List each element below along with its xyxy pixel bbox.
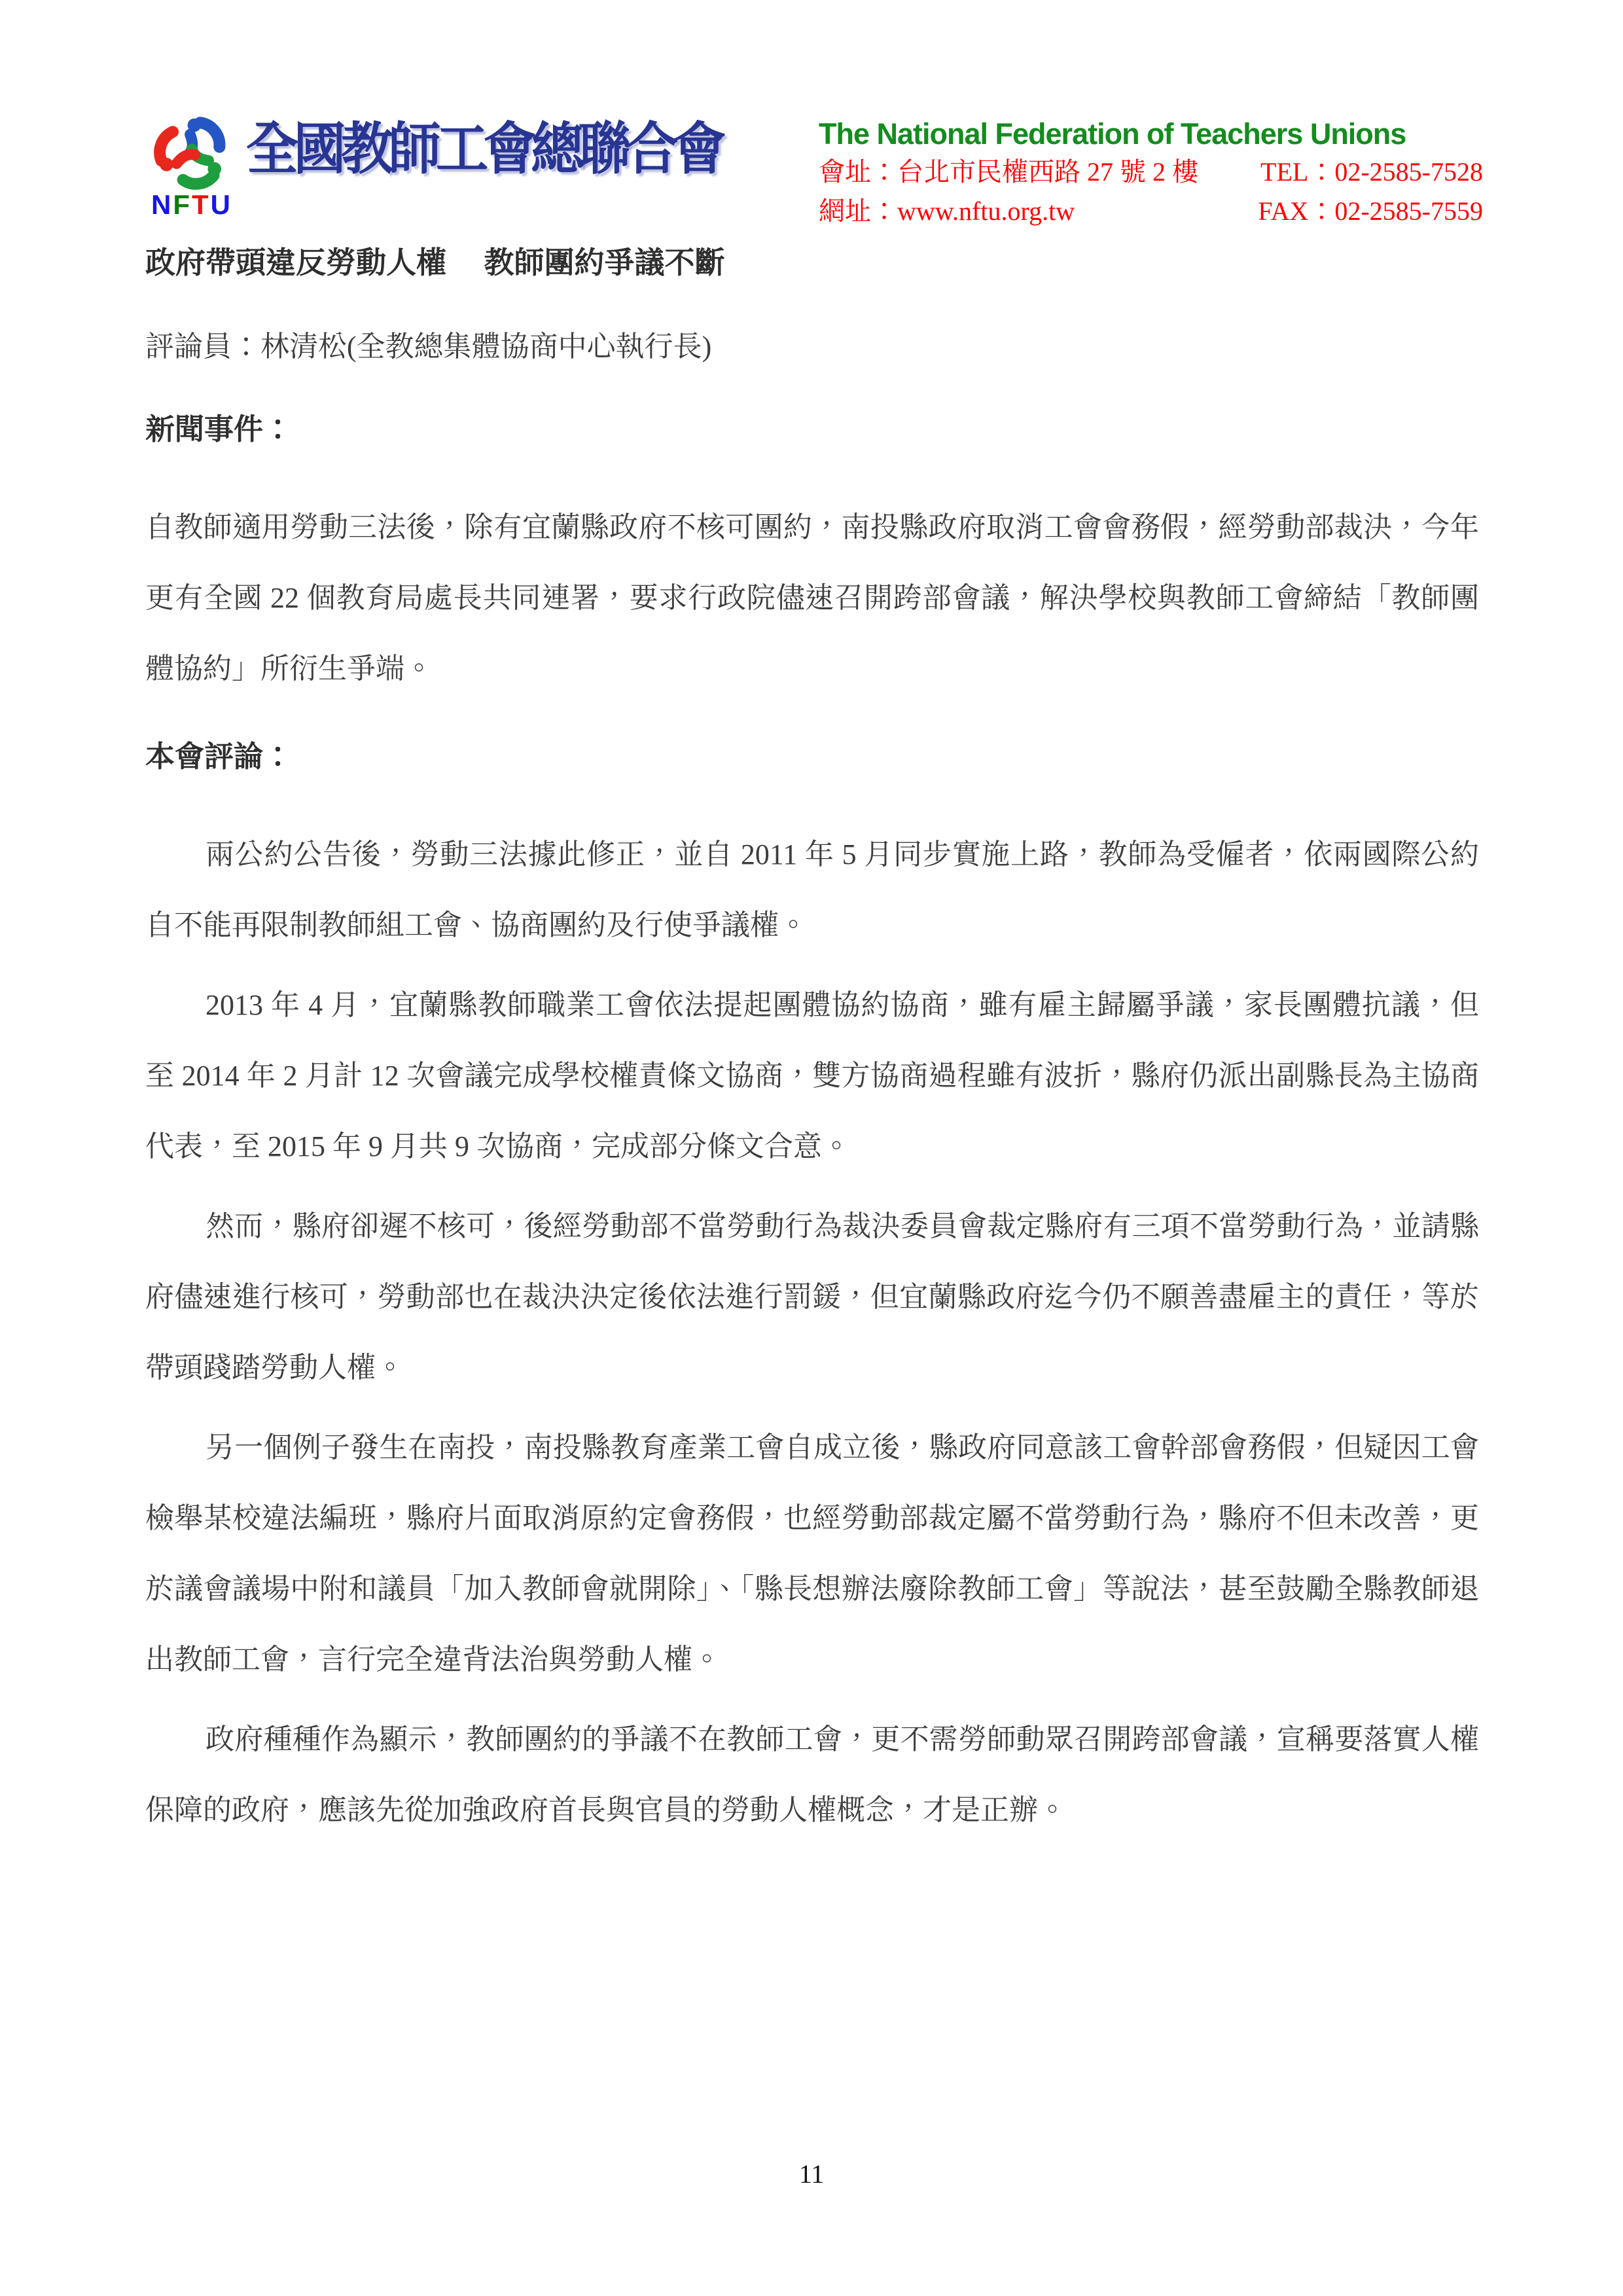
nftu-logo-icon <box>148 113 236 190</box>
article-byline: 評論員：林清松(全教總集體協商中心執行長) <box>145 329 1479 365</box>
document-page: NFTU 全國教師工會總聯合會 The National Federation … <box>0 0 1623 2296</box>
page-number: 11 <box>0 2159 1623 2189</box>
address-text: 會址：台北市民權西路 27 號 2 樓 <box>819 153 1198 191</box>
org-name-calligraphy: 全國教師工會總聯合會 <box>246 117 696 182</box>
section-news-event: 新聞事件： 自教師適用勞動三法後，除有宜蘭縣政府不核可團約，南投縣政府取消工會會… <box>145 411 1479 704</box>
paragraph: 政府種種作為顯示，教師團約的爭議不在教師工會，更不需勞師動眾召開跨部會議，宣稱要… <box>145 1704 1479 1846</box>
paragraph: 兩公約公告後，勞動三法據此修正，並自 2011 年 5 月同步實施上路，教師為受… <box>145 819 1479 961</box>
article-title: 政府帶頭違反勞動人權 教師團約爭議不斷 <box>145 243 1479 283</box>
org-name-english: The National Federation of Teachers Unio… <box>819 118 1483 151</box>
paragraph: 然而，縣府卻遲不核可，後經勞動部不當勞動行為裁決委員會裁定縣府有三項不當勞動行為… <box>145 1191 1479 1403</box>
website-text: 網址：www.nftu.org.tw <box>819 192 1075 230</box>
tel-text: TEL：02-2585-7528 <box>1260 153 1483 191</box>
nftu-acronym: NFTU <box>143 191 241 219</box>
contact-row-2: 網址：www.nftu.org.tw FAX：02-2585-7559 <box>819 192 1483 230</box>
contact-row-1: 會址：台北市民權西路 27 號 2 樓 TEL：02-2585-7528 <box>819 153 1483 191</box>
letterhead-contact-block: The National Federation of Teachers Unio… <box>819 118 1483 230</box>
section-heading-commentary: 本會評論： <box>145 738 1479 775</box>
section-commentary: 本會評論： 兩公約公告後，勞動三法據此修正，並自 2011 年 5 月同步實施上… <box>145 738 1479 1846</box>
paragraph: 2013 年 4 月，宜蘭縣教師職業工會依法提起團體協約協商，雖有雇主歸屬爭議，… <box>145 970 1479 1182</box>
paragraph: 另一個例子發生在南投，南投縣教育產業工會自成立後，縣政府同意該工會幹部會務假，但… <box>145 1412 1479 1695</box>
fax-text: FAX：02-2585-7559 <box>1258 192 1483 230</box>
nftu-letter-u: U <box>211 189 232 220</box>
paragraph: 自教師適用勞動三法後，除有宜蘭縣政府不核可團約，南投縣政府取消工會會務假，經勞動… <box>145 492 1479 704</box>
letterhead: NFTU 全國教師工會總聯合會 The National Federation … <box>143 103 1483 260</box>
nftu-letter-n: N <box>151 189 173 220</box>
article-body: 政府帶頭違反勞動人權 教師團約爭議不斷 評論員：林清松(全教總集體協商中心執行長… <box>145 243 1479 1855</box>
section-heading-news: 新聞事件： <box>145 411 1479 448</box>
nftu-letter-t: T <box>192 189 211 220</box>
nftu-letter-f: F <box>173 189 192 220</box>
nftu-logo: NFTU <box>143 113 241 219</box>
